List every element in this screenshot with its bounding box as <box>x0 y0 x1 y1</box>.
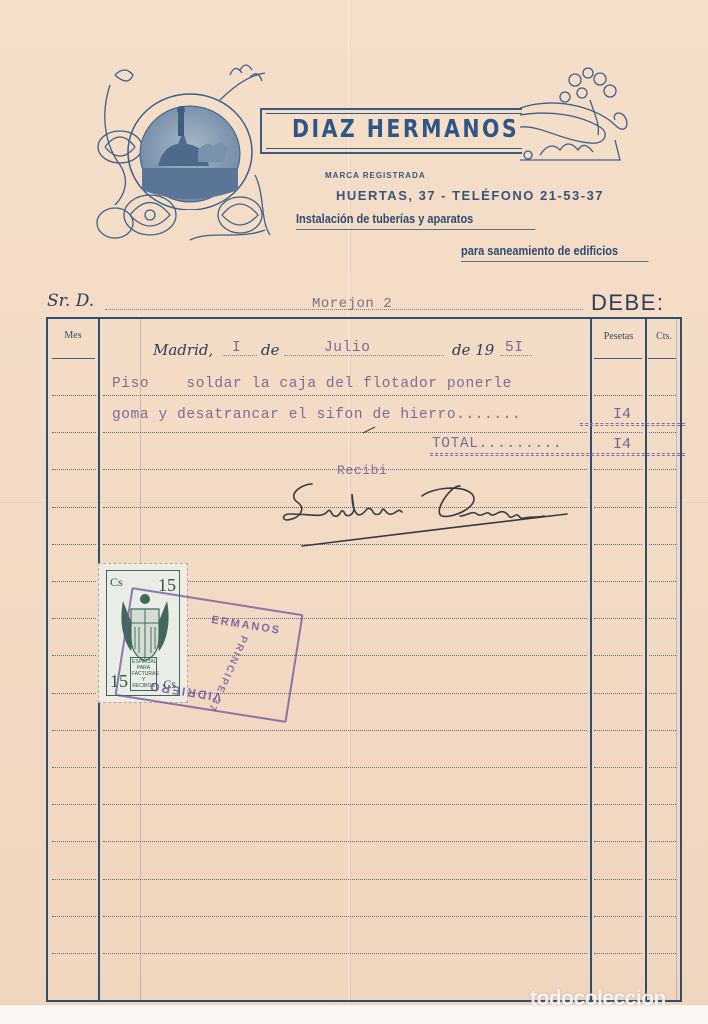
ruled-line <box>649 618 676 619</box>
ruled-line <box>594 693 642 694</box>
floral-ornament-right-icon <box>520 55 670 170</box>
ruled-line <box>52 804 96 805</box>
ruled-line <box>594 655 642 656</box>
ruled-line <box>649 804 676 805</box>
ruled-line <box>52 655 96 656</box>
ruled-line <box>103 730 587 731</box>
ruled-line <box>649 544 676 545</box>
ruled-line <box>649 693 676 694</box>
line-item-2-pesetas: I4 <box>613 406 631 423</box>
ruled-line <box>52 693 96 694</box>
customer-label: Sr. D. <box>47 291 94 311</box>
line-item-1: Piso soldar la caja del flotador ponerle <box>112 376 512 392</box>
header-mes: Mes <box>47 330 99 341</box>
stamp-unit-top: Cs <box>110 575 123 590</box>
ruled-line <box>649 395 676 396</box>
ruled-line <box>594 395 642 396</box>
service-description-1: Instalación de tuberías y aparatos <box>296 212 535 230</box>
ruled-line <box>594 581 642 582</box>
ruled-line <box>649 916 676 917</box>
ruled-line <box>52 507 96 508</box>
signature-icon <box>282 474 572 549</box>
company-name: DIAZ HERMANOS <box>292 114 519 143</box>
ruled-line <box>52 730 96 731</box>
cts-column-divider <box>645 319 647 1000</box>
ruled-line <box>594 879 642 880</box>
date-day: I <box>232 340 241 356</box>
ruled-line <box>52 432 96 433</box>
date-year: 5I <box>505 340 524 356</box>
ruled-line <box>103 879 587 880</box>
ruled-line <box>594 618 642 619</box>
ruled-line <box>649 469 676 470</box>
total-pesetas: I4 <box>613 436 631 453</box>
ruled-line <box>649 730 676 731</box>
company-address: HUERTAS, 37 - TELÉFONO 21-53-37 <box>336 188 604 203</box>
header-pesetas: Pesetas <box>591 331 646 342</box>
date-line: Madrid, <box>153 341 213 359</box>
ruled-line <box>52 879 96 880</box>
trademark-label: MARCA REGISTRADA <box>325 171 426 180</box>
ruled-line <box>594 507 642 508</box>
right-inner-guide <box>676 319 677 1000</box>
watermark: todocoleccion <box>530 987 666 1011</box>
line-item-2: goma y desatrancar el sifon de hierro...… <box>112 407 521 423</box>
ruled-line <box>52 395 96 396</box>
ruled-line <box>649 767 676 768</box>
ruled-line <box>649 655 676 656</box>
ruled-line <box>594 544 642 545</box>
ruled-line <box>594 804 642 805</box>
ruled-line <box>52 767 96 768</box>
ruled-line <box>594 767 642 768</box>
ruled-line <box>103 395 587 396</box>
ruled-line <box>103 841 587 842</box>
ruled-line <box>649 841 676 842</box>
ruled-line <box>594 916 642 917</box>
ruled-line <box>52 469 96 470</box>
ruled-line <box>52 581 96 582</box>
ruled-line <box>52 953 96 954</box>
mes-header-underline <box>52 358 95 359</box>
header-cts: Cts. <box>646 331 682 342</box>
ruled-line <box>649 879 676 880</box>
ruled-line <box>103 432 587 433</box>
ruled-line <box>594 730 642 731</box>
ruled-line <box>649 507 676 508</box>
customer-value: Morejon 2 <box>312 296 392 312</box>
subtotal-underline <box>580 423 685 426</box>
fountain-medallion-icon <box>120 90 260 210</box>
date-city: Madrid, <box>153 341 213 359</box>
date-de-19: de 19 <box>452 341 494 359</box>
pesetas-column-divider <box>590 319 592 1000</box>
ruled-line <box>103 767 587 768</box>
debe-label: DEBE: <box>591 290 665 316</box>
ruled-line <box>594 953 642 954</box>
total-underline <box>430 453 685 456</box>
ruled-line <box>594 432 642 433</box>
service-description-2: para saneamiento de edificios <box>461 244 648 262</box>
ruled-line <box>52 544 96 545</box>
ruled-line <box>52 916 96 917</box>
pen-mark-icon <box>362 426 376 434</box>
ruled-line <box>649 953 676 954</box>
cts-header-underline <box>648 358 676 359</box>
ruled-line <box>649 432 676 433</box>
ruled-line <box>649 581 676 582</box>
rubber-stamp-name: ERMANOS <box>211 614 282 637</box>
pesetas-header-underline <box>594 358 642 359</box>
date-de-1: de <box>261 341 279 359</box>
ruled-line <box>594 469 642 470</box>
ruled-line <box>52 618 96 619</box>
date-month: Julio <box>324 340 371 356</box>
total-label: TOTAL......... <box>432 436 562 452</box>
rubber-stamp-trade: VIDRIERO <box>147 679 222 704</box>
ruled-line <box>103 916 587 917</box>
ruled-line <box>594 841 642 842</box>
ruled-line <box>52 841 96 842</box>
ruled-line <box>103 953 587 954</box>
ruled-line <box>103 804 587 805</box>
